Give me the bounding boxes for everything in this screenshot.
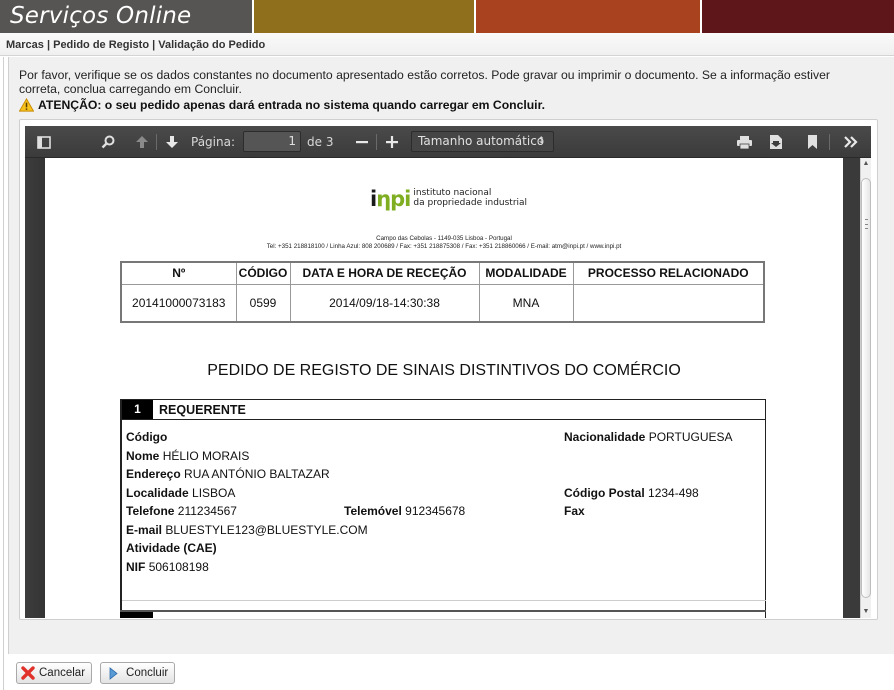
print-icon [737,136,752,149]
section-title: REQUERENTE [153,403,246,417]
viewer-left-gutter [25,158,45,618]
app-title: Serviços Online [0,0,254,33]
vertical-scrollbar[interactable]: ▲ ▼ [860,158,871,618]
grip-icon [865,219,868,229]
play-arrow-icon [109,667,118,680]
address-line-2: Tel: +351 218818100 / Linha Azul: 808 20… [45,243,843,250]
bookmark-icon [808,135,817,149]
toolbar-separator [156,134,157,150]
pdf-page: iηpi instituto nacional da propriedade i… [45,158,843,618]
section-bottom-border [120,610,766,612]
zoom-select[interactable]: Tamanho automático ↕ [411,131,554,152]
address-line-1: Campo das Cebolas - 1149-035 Lisboa - Po… [45,235,843,242]
zoom-select-value: Tamanho automático [418,134,544,148]
left-border [3,57,4,690]
confirm-button[interactable]: Concluir [100,662,175,684]
field-telefone: Telefone 211234567 [126,504,237,518]
col-codigo: CÓDIGO [236,262,290,284]
field-codigo-postal: Código Postal 1234-498 [564,486,699,500]
page-number-input[interactable]: 1 [243,131,301,152]
cell-codigo: 0599 [236,284,290,322]
field-atividade: Atividade (CAE) [126,541,217,555]
search-button[interactable] [97,126,119,158]
zoom-out-button[interactable] [351,126,373,158]
scroll-up-icon[interactable]: ▲ [861,159,871,169]
next-page-button[interactable] [161,126,183,158]
field-endereco: Endereço RUA ANTÓNIO BALTAZAR [126,467,330,481]
sidebar-toggle-icon [37,136,51,149]
breadcrumb: Marcas | Pedido de Registo | Validação d… [0,33,894,56]
viewer-right-gutter [843,158,860,618]
cell-modalidade: MNA [479,284,573,322]
field-localidade: Localidade LISBOA [126,486,235,500]
registration-table: Nº CÓDIGO DATA E HORA DE RECEÇÃO MODALID… [120,261,765,323]
cell-data-hora: 2014/09/18-14:30:38 [290,284,479,322]
close-icon [21,666,35,680]
inpi-logo: iηpi instituto nacional da propriedade i… [370,188,527,208]
print-button[interactable] [733,126,755,158]
pdf-toolbar: Página: 1 de 3 Tamanho automático ↕ [25,126,871,158]
zoom-in-icon [386,136,398,148]
confirm-label: Concluir [126,667,168,679]
section-number: 1 [122,400,153,419]
field-nacionalidade: Nacionalidade PORTUGUESA [564,430,733,444]
action-bar: Cancelar Concluir [16,662,175,684]
zoom-out-icon [356,136,368,148]
select-arrows-icon: ↕ [537,132,545,151]
cell-processo [573,284,764,322]
banner-band-1 [254,0,476,33]
field-email: E-mail BLUESTYLE123@BLUESTYLE.COM [126,523,368,537]
table-row: 20141000073183 0599 2014/09/18-14:30:38 … [121,284,764,322]
logo-line-2: da propriedade industrial [413,198,527,208]
previous-page-icon [135,135,149,149]
page-label: Página: [191,126,235,158]
zoom-in-button[interactable] [381,126,403,158]
cancel-label: Cancelar [39,667,85,679]
logo-mark: iηpi [370,190,410,208]
cancel-button[interactable]: Cancelar [16,662,92,684]
next-page-icon [165,135,179,149]
field-nome: Nome HÉLIO MORAIS [126,449,249,463]
download-button[interactable] [765,126,787,158]
field-codigo: Código [126,430,167,444]
toolbar-separator [829,134,830,150]
col-modalidade: MODALIDADE [479,262,573,284]
logo-line-1: instituto nacional [413,188,527,198]
col-numero: Nº [121,262,236,284]
section-requerente: 1 REQUERENTE Código Nacionalidade PORTUG… [120,399,766,618]
col-processo: PROCESSO RELACIONADO [573,262,764,284]
previous-page-button[interactable] [131,126,153,158]
bookmark-button[interactable] [801,126,823,158]
field-telemovel: Telemóvel 912345678 [344,504,465,518]
pdf-viewer-container: iηpi instituto nacional da propriedade i… [25,158,871,618]
section-header: 1 REQUERENTE [122,400,765,420]
warning-text: ATENÇÃO: o seu pedido apenas dará entrad… [38,98,545,112]
banner-band-2 [476,0,702,33]
logo-text-block: instituto nacional da propriedade indust… [413,188,527,208]
intro-message: Por favor, verifique se os dados constan… [19,68,859,96]
section-divider [122,600,766,601]
warning-message: ATENÇÃO: o seu pedido apenas dará entrad… [19,98,545,112]
document-title: PEDIDO DE REGISTO DE SINAIS DISTINTIVOS … [45,362,843,380]
scrollbar-thumb[interactable] [861,178,871,598]
download-icon [770,135,782,149]
toolbar-separator [376,134,377,150]
top-banner: Serviços Online [0,0,894,33]
next-section-number [120,612,153,618]
cell-numero: 20141000073183 [121,284,236,322]
scroll-down-icon[interactable]: ▼ [861,607,871,617]
banner-band-3 [702,0,894,33]
tools-icon [844,136,858,148]
page-count: de 3 [307,126,333,158]
warning-triangle-icon [19,98,34,112]
tools-button[interactable] [839,126,863,158]
sidebar-toggle-button[interactable] [33,126,55,158]
field-fax: Fax [564,504,585,518]
col-data-hora: DATA E HORA DE RECEÇÃO [290,262,479,284]
search-icon [101,135,115,149]
field-nif: NIF 506108198 [126,560,209,574]
